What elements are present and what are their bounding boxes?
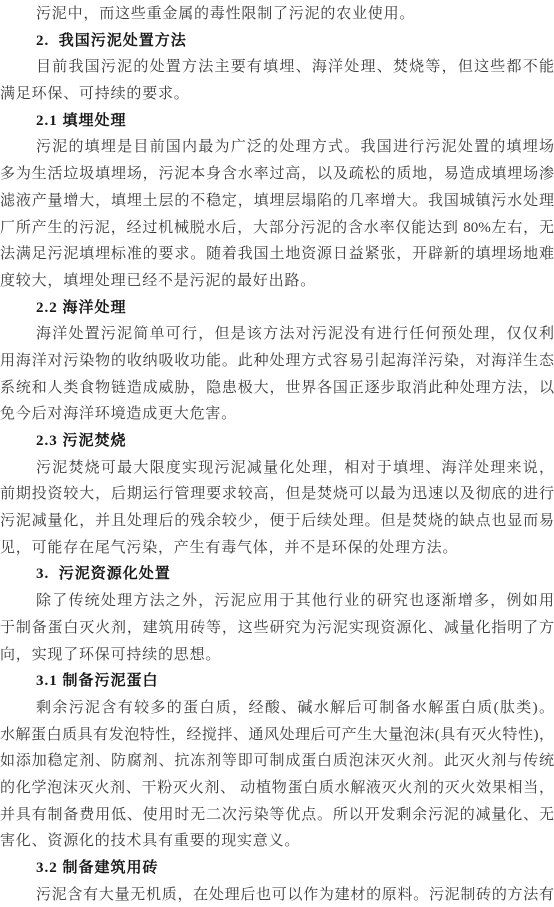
text-line: 前期投资较大，后期运行管理要求较高，但是焚烧可以最为迅速以及彻底的进行 [0,481,554,508]
text-line: 度较大，填埋处理已经不是污泥的最好出路。 [0,268,554,295]
text-line: 于制备蛋白灭火剂，建筑用砖等，这些研究为污泥实现资源化、减量化指明了方 [0,615,554,642]
text-line: 的化学泡沫灭火剂、干粉灭火剂、 动植物蛋白质水解液灭火剂的灭火效果相当， [0,775,554,802]
text-line: 系统和人类食物链造成威胁，隐患极大，世界各国正逐步取消此种处理方法，以 [0,375,554,402]
heading-2-3: 2.3 污泥焚烧 [0,428,554,455]
paragraph-ocean: 海洋处置污泥简单可行，但是该方法对污泥没有进行任何预处理，仅仅利 用海洋对污染物… [0,321,554,428]
text-line: 向，实现了环保可持续的思想。 [0,642,554,669]
text-line: 并具有制备费用低、使用时无二次污染等优点。所以开发剩余污泥的减量化、无 [0,802,554,829]
text-line: 海洋处置污泥简单可行，但是该方法对污泥没有进行任何预处理，仅仅利 [0,321,554,348]
paragraph-disposal-overview: 目前我国污泥的处置方法主要有填埋、海洋处理、焚烧等，但这些都不能 满足环保、可持… [0,54,554,107]
text-line: 水解蛋白质具有发泡特性，经搅拌、通风处理后可产生大量泡沫(具有灭火特性)， [0,722,554,749]
document-page: 污泥中，而这些重金属的毒性限制了污泥的农业使用。 2. 我国污泥处置方法 目前我… [0,0,554,907]
text-line: 污泥中，而这些重金属的毒性限制了污泥的农业使用。 [0,1,554,28]
paragraph-resource-utilization: 除了传统处理方法之外，污泥应用于其他行业的研究也逐渐增多，例如用 于制备蛋白灭火… [0,588,554,668]
text-line: 滤液产量增大，填埋土层的不稳定，填埋层塌陷的几率增大。我国城镇污水处理 [0,188,554,215]
paragraph-sludge-protein: 剩余污泥含有较多的蛋白质，经酸、碱水解后可制备水解蛋白质(肽类)。 水解蛋白质具… [0,695,554,855]
text-line: 见，可能存在尾气污染，产生有毒气体，并不是环保的处理方法。 [0,535,554,562]
text-line: 多为生活垃圾填埋场，污泥本身含水率过高，以及疏松的质地，易造成填埋场渗 [0,161,554,188]
text-line: 法满足污泥填埋标准的要求。随着我国土地资源日益紧张，开辟新的填埋场地难 [0,241,554,268]
paragraph-landfill: 污泥的填埋是目前国内最为广泛的处理方式。我国进行污泥处置的填埋场 多为生活垃圾填… [0,134,554,294]
paragraph-intro-continuation: 污泥中，而这些重金属的毒性限制了污泥的农业使用。 [0,1,554,28]
heading-2-1: 2.1 填埋处理 [0,108,554,135]
heading-3: 3. 污泥资源化处置 [0,561,554,588]
paragraph-incineration: 污泥焚烧可最大限度实现污泥减量化处理，相对于填埋、海洋处理来说， 前期投资较大，… [0,455,554,562]
heading-3-1: 3.1 制备污泥蛋白 [0,668,554,695]
text-line: 害化、资源化的技术具有重要的现实意义。 [0,828,554,855]
text-line: 污泥含有大量无机质，在处理后也可以作为建材的原料。污泥制砖的方法有 [0,882,554,907]
text-line: 厂所产生的污泥，经过机械脱水后，大部分污泥的含水率仅能达到 80%左右，无 [0,215,554,242]
text-line: 如添加稳定剂、防腐剂、抗冻剂等即可制成蛋白质泡沫灭火剂。此灭火剂与传统 [0,748,554,775]
heading-3-2: 3.2 制备建筑用砖 [0,855,554,882]
heading-2: 2. 我国污泥处置方法 [0,28,554,55]
text-line: 目前我国污泥的处置方法主要有填埋、海洋处理、焚烧等，但这些都不能 [0,54,554,81]
text-line: 污泥减量化，并且处理后的残余较少，便于后续处理。但是焚烧的缺点也显而易 [0,508,554,535]
text-line: 除了传统处理方法之外，污泥应用于其他行业的研究也逐渐增多，例如用 [0,588,554,615]
text-line: 满足环保、可持续的要求。 [0,81,554,108]
text-line: 免今后对海洋环境造成更大危害。 [0,401,554,428]
text-line: 用海洋对污染物的收纳吸收功能。此种处理方式容易引起海洋污染，对海洋生态 [0,348,554,375]
paragraph-building-bricks: 污泥含有大量无机质，在处理后也可以作为建材的原料。污泥制砖的方法有 [0,882,554,907]
text-line: 剩余污泥含有较多的蛋白质，经酸、碱水解后可制备水解蛋白质(肽类)。 [0,695,554,722]
text-line: 污泥焚烧可最大限度实现污泥减量化处理，相对于填埋、海洋处理来说， [0,455,554,482]
text-line: 污泥的填埋是目前国内最为广泛的处理方式。我国进行污泥处置的填埋场 [0,134,554,161]
heading-2-2: 2.2 海洋处理 [0,295,554,322]
